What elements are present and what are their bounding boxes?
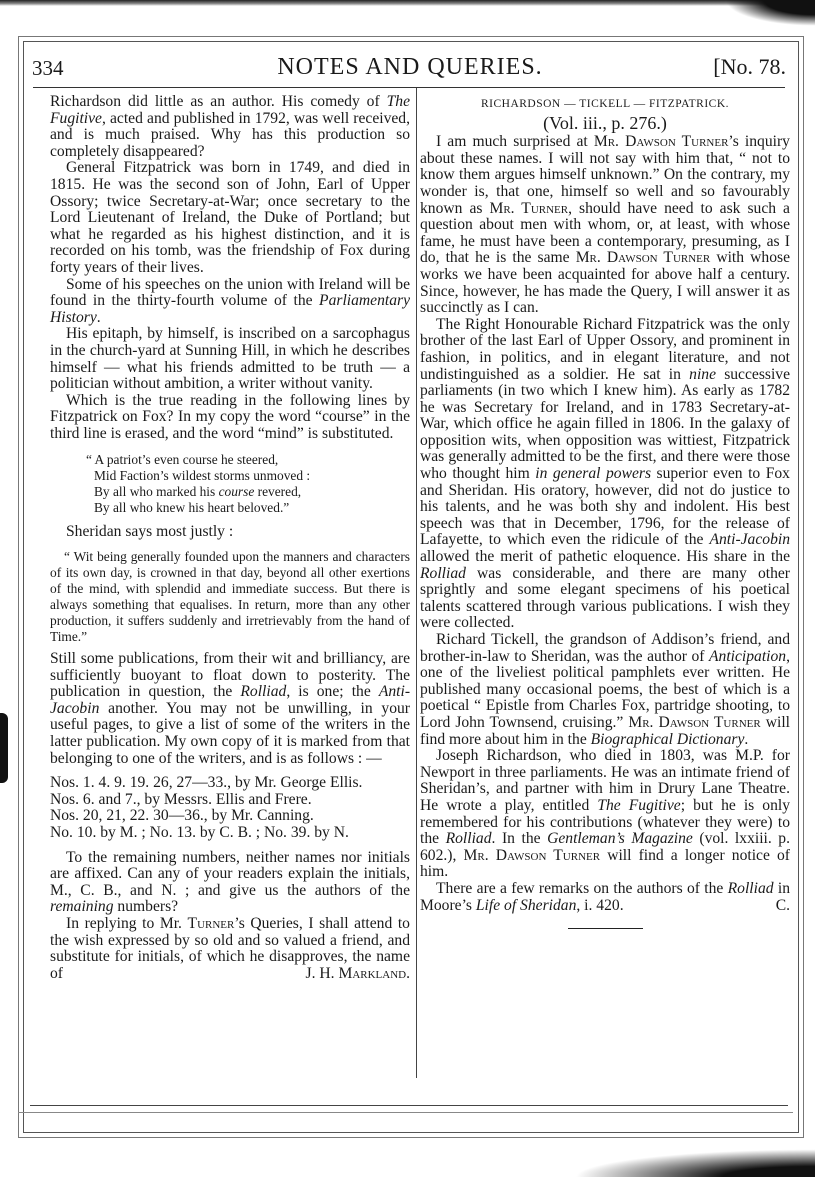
- volume-reference: (Vol. iii., p. 276.): [420, 115, 790, 132]
- paragraph: Still some publications, from their wit …: [50, 651, 410, 767]
- verse-line: Mid Faction’s wildest storms unmoved :: [86, 468, 410, 484]
- paragraph: Richard Tickell, the grandson of Addison…: [420, 632, 790, 748]
- verse-line: By all who marked his course revered,: [86, 484, 410, 500]
- left-column: Richardson did little as an author. His …: [50, 94, 410, 982]
- issue-number: [No. 78.: [713, 54, 786, 80]
- paragraph: The Right Honourable Richard Fitzpatrick…: [420, 317, 790, 632]
- paragraph: There are a few remarks on the authors o…: [420, 881, 790, 914]
- paragraph: In replying to Mr. Turner’s Queries, I s…: [50, 916, 410, 982]
- journal-title: NOTES AND QUERIES.: [30, 54, 790, 81]
- scan-shadow-top-right: [725, 0, 815, 26]
- paragraph: Some of his speeches on the union with I…: [50, 277, 410, 327]
- right-column: RICHARDSON — TICKELL — FITZPATRICK. (Vol…: [420, 94, 790, 929]
- scan-binding-mark: [0, 713, 8, 783]
- article-title: RICHARDSON — TICKELL — FITZPATRICK.: [420, 96, 790, 113]
- list-item: Nos. 1. 4. 9. 19. 26, 27—33., by Mr. Geo…: [50, 775, 410, 792]
- list-item: No. 10. by M. ; No. 13. by C. B. ; No. 3…: [50, 825, 410, 842]
- verse-quotation: “ A patriot’s even course he steered, Mi…: [86, 452, 410, 516]
- scan-shadow-bottom-right: [555, 1147, 815, 1177]
- paragraph: Which is the true reading in the followi…: [50, 393, 410, 443]
- article-end-rule: [568, 928, 643, 929]
- paragraph: To the remaining numbers, neither names …: [50, 850, 410, 916]
- paragraph: Richardson did little as an author. His …: [50, 94, 410, 160]
- page-header: 334 NOTES AND QUERIES. [No. 78.: [30, 48, 790, 88]
- footer-rule-outer: [18, 1112, 793, 1113]
- author-signature: J. H. Markland.: [290, 966, 410, 983]
- paragraph: His epitaph, by himself, is inscribed on…: [50, 326, 410, 392]
- author-signature: C.: [760, 898, 790, 915]
- paragraph: I am much surprised at Mr. Dawson Turner…: [420, 134, 790, 317]
- header-rule: [33, 87, 785, 88]
- quote-text: “ Wit being generally founded upon the m…: [50, 549, 410, 645]
- list-item: Nos. 6. and 7., by Messrs. Ellis and Fre…: [50, 792, 410, 809]
- authors-list: Nos. 1. 4. 9. 19. 26, 27—33., by Mr. Geo…: [50, 775, 410, 841]
- column-divider: [416, 88, 417, 1078]
- block-quotation: “ Wit being generally founded upon the m…: [50, 549, 410, 645]
- paragraph: Sheridan says most justly :: [50, 524, 410, 541]
- paragraph: Joseph Richardson, who died in 1803, was…: [420, 748, 790, 881]
- verse-line: “ A patriot’s even course he steered,: [86, 452, 410, 468]
- scan-edge-top: [0, 0, 815, 6]
- list-item: Nos. 20, 21, 22. 30—36., by Mr. Canning.: [50, 808, 410, 825]
- footer-rule: [30, 1105, 788, 1106]
- paragraph: General Fitzpatrick was born in 1749, an…: [50, 160, 410, 276]
- verse-line: By all who knew his heart beloved.”: [86, 500, 410, 516]
